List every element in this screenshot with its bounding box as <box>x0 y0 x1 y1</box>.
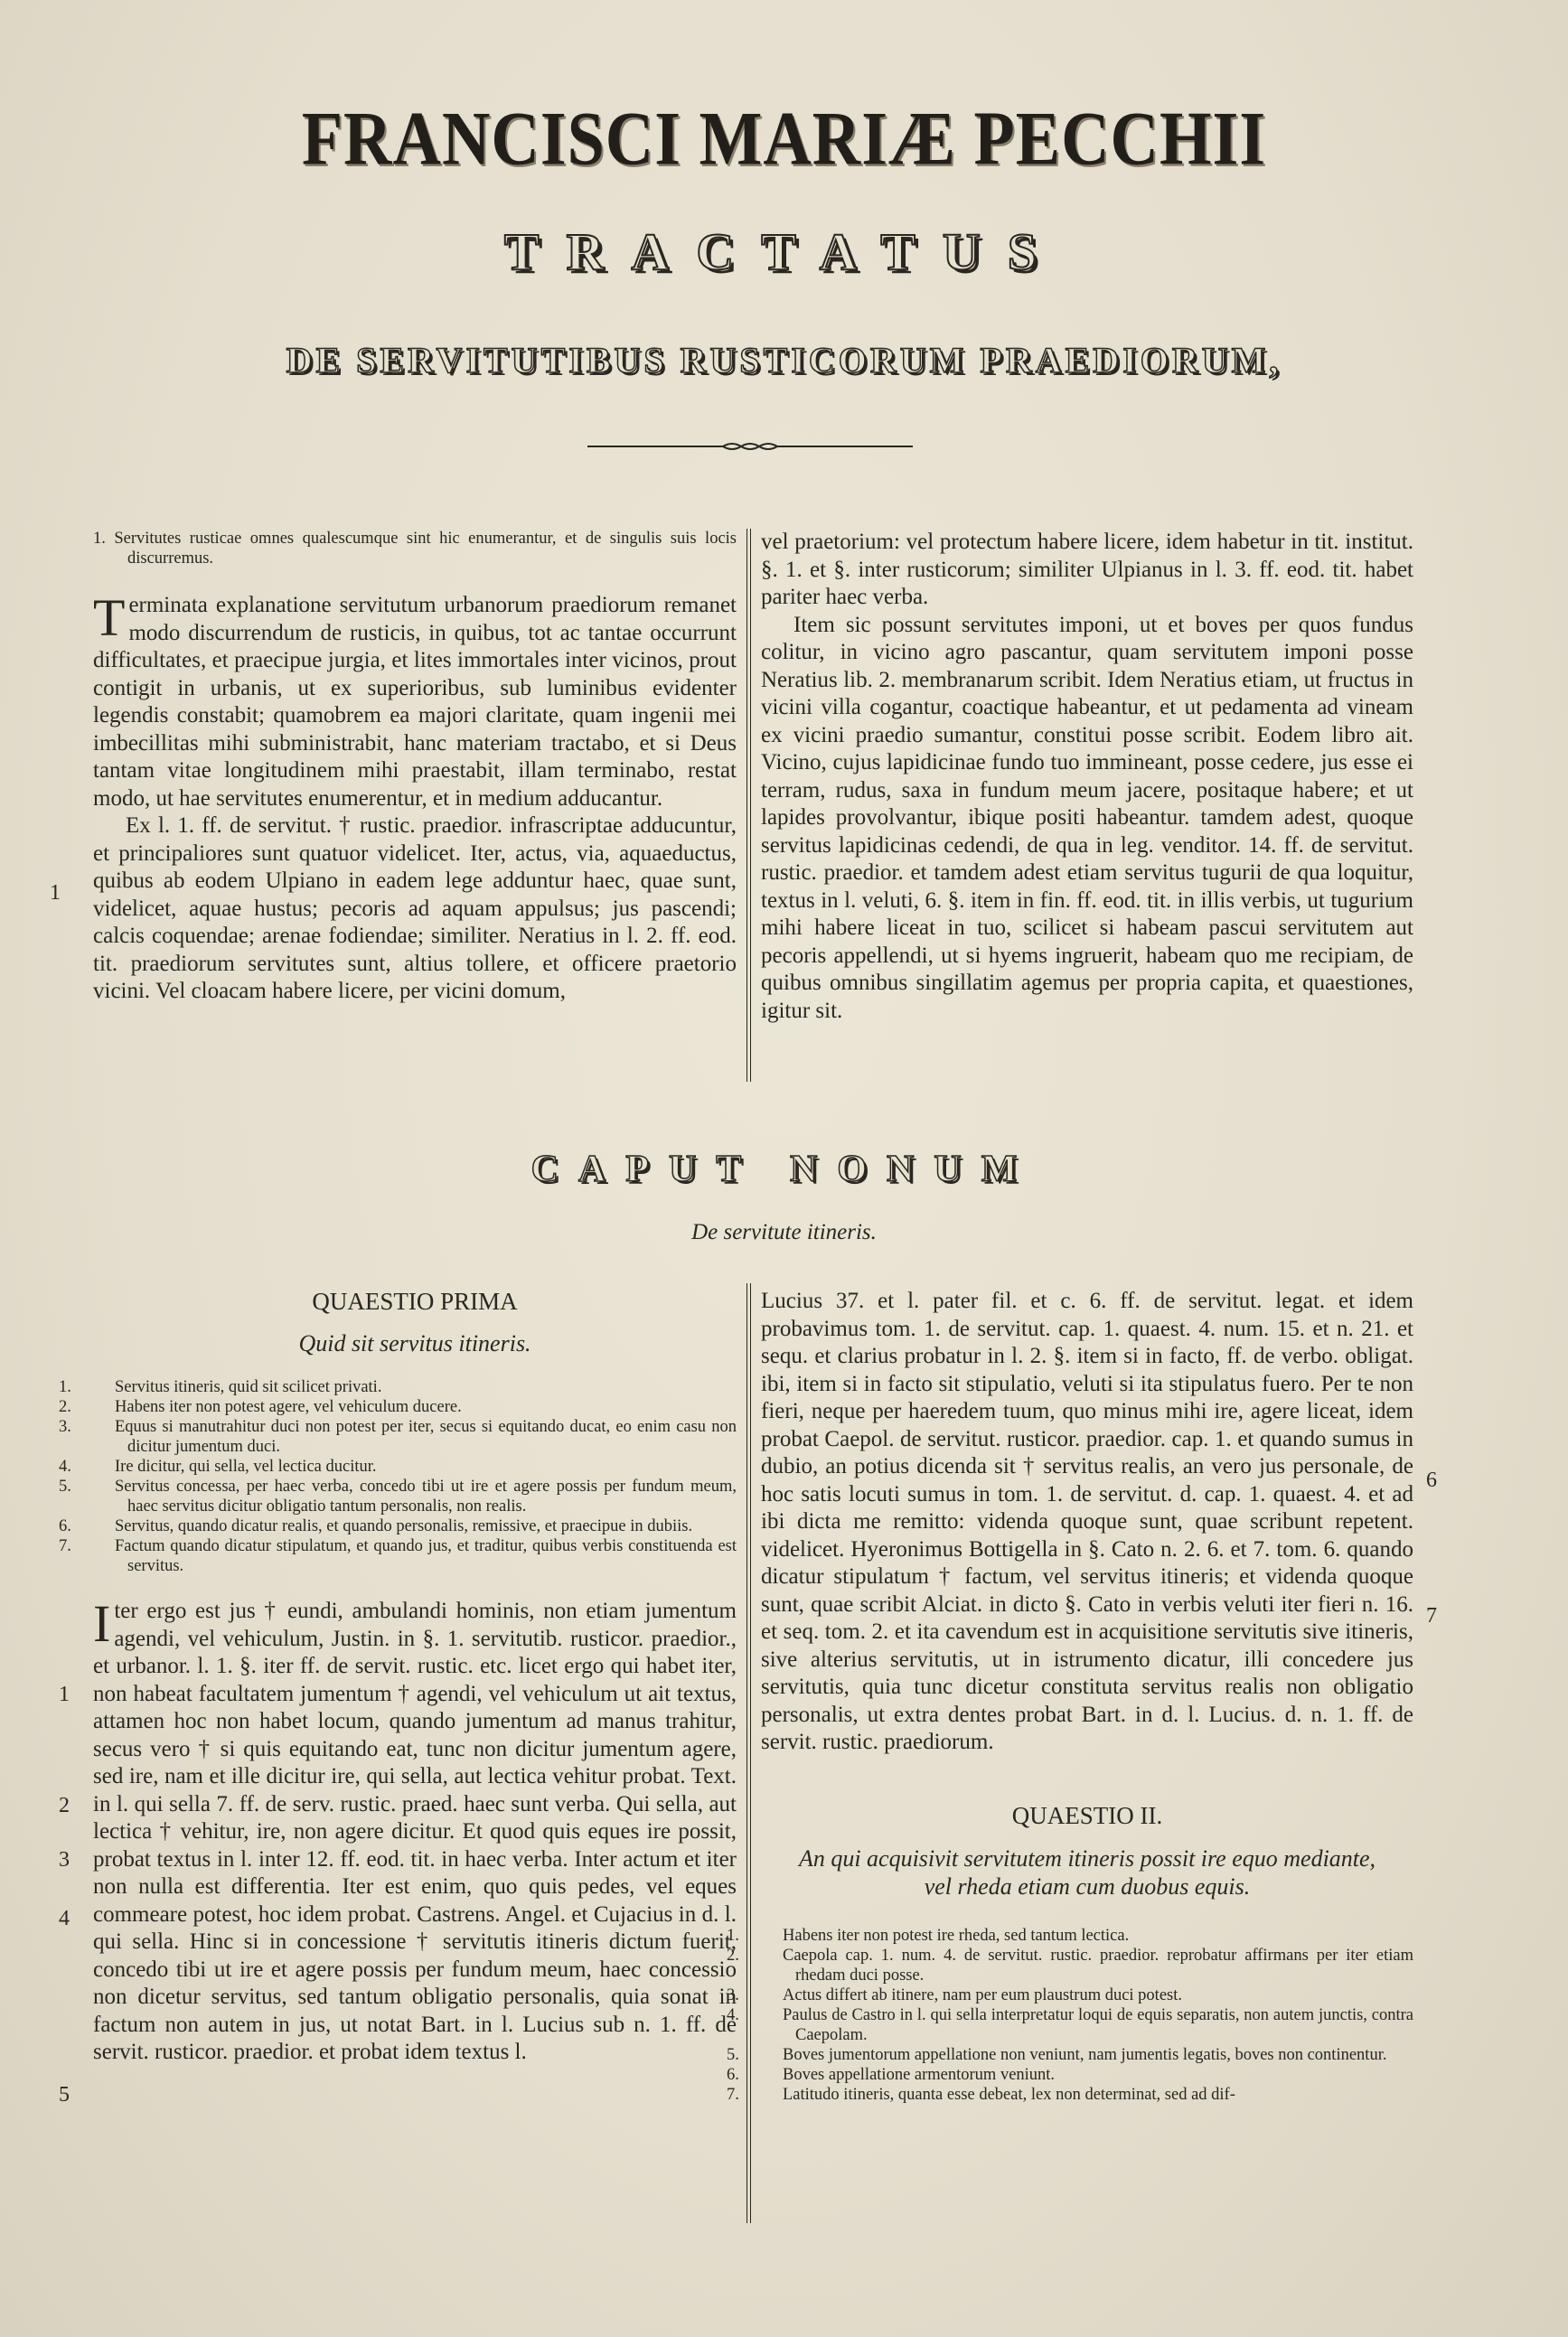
intro-right-column: vel praetorium: vel protectum habere lic… <box>761 529 1413 1025</box>
margin-number: 6 <box>1426 1469 1437 1493</box>
margin-number: 1 <box>59 1683 70 1707</box>
intro-paragraph-1: Terminata explanatione servitutum urbano… <box>93 592 737 812</box>
quaestio-prima-summary: 1.Servitus itineris, quid sit scilicet p… <box>93 1377 737 1576</box>
column-rule <box>746 529 751 1082</box>
work-title: TRACTATUS <box>0 221 1568 282</box>
summary-item: 4.Paulus de Castro in l. qui sella inter… <box>761 2005 1413 2045</box>
quaestio-ii-summary: 1.Habens iter non potest ire rheda, sed … <box>761 1926 1413 2105</box>
margin-number: 7 <box>1426 1604 1437 1628</box>
summary-item: 1.Habens iter non potest ire rheda, sed … <box>761 1926 1413 1946</box>
margin-number: 4 <box>59 1907 70 1931</box>
quaestio-prima-body-left: Iter ergo est jus † eundi, ambulandi hom… <box>93 1598 737 2067</box>
intro-summary-note: 1. Servitutes rusticae omnes qualescumqu… <box>93 529 737 568</box>
summary-item: 3.Equus si manutrahitur duci non potest … <box>93 1417 737 1457</box>
margin-number: 3 <box>59 1848 70 1872</box>
intro-paragraph-3: vel praetorium: vel protectum habere lic… <box>761 529 1413 612</box>
quaestio-prima-subheading: Quid sit servitus itineris. <box>93 1330 737 1358</box>
quaestio-prima-heading: QUAESTIO PRIMA <box>93 1288 737 1316</box>
intro-paragraph-2: Ex l. 1. ff. de servitut. † rustic. prae… <box>93 812 737 1006</box>
margin-number: 2 <box>59 1794 70 1818</box>
summary-item: 6.Boves appellatione armentorum veniunt. <box>761 2065 1413 2085</box>
margin-number: 5 <box>59 2083 70 2107</box>
subject-title: DE SERVITUTIBUS RUSTICORUM PRAEDIORUM, <box>0 339 1568 381</box>
summary-item: 7.Factum quando dicatur stipulatum, et q… <box>93 1536 737 1576</box>
summary-item: 6.Servitus, quando dicatur realis, et qu… <box>93 1516 737 1536</box>
summary-item: 5.Servitus concessa, per haec verba, con… <box>93 1477 737 1516</box>
ornament-divider-icon <box>587 441 913 452</box>
dropcap: T <box>93 596 125 641</box>
summary-item: 2.Caepola cap. 1. num. 4. de servitut. r… <box>761 1946 1413 1985</box>
summary-item: 2.Habens iter non potest agere, vel vehi… <box>93 1397 737 1417</box>
summary-item: 7.Latitudo itineris, quanta esse debeat,… <box>761 2085 1413 2105</box>
summary-item: 1.Servitus itineris, quid sit scilicet p… <box>93 1377 737 1397</box>
summary-item: 5.Boves jumentorum appellatione non veni… <box>761 2045 1413 2065</box>
margin-number: 1 <box>50 881 61 906</box>
quaestio-prima-right-column: Lucius 37. et l. pater fil. et c. 6. ff.… <box>761 1288 1413 2105</box>
dropcap: I <box>93 1601 110 1647</box>
quaestio-ii-subheading: An qui acquisivit servitutem itineris po… <box>797 1845 1377 1901</box>
summary-item: 3.Actus differt ab itinere, nam per eum … <box>761 1985 1413 2005</box>
quaestio-prima-body-right: Lucius 37. et l. pater fil. et c. 6. ff.… <box>761 1288 1413 1757</box>
column-rule <box>746 1283 751 2223</box>
intro-paragraph-4: Item sic possunt servitutes imponi, ut e… <box>761 612 1413 1026</box>
summary-item: 4.Ire dicitur, qui sella, vel lectica du… <box>93 1457 737 1477</box>
chapter-title: CAPUT NONUM <box>0 1148 1568 1191</box>
intro-left-column: 1. Servitutes rusticae omnes qualescumqu… <box>93 529 737 1006</box>
quaestio-prima-left-column: QUAESTIO PRIMA Quid sit servitus itineri… <box>93 1288 737 2067</box>
quaestio-ii-heading: QUAESTIO II. <box>761 1802 1413 1830</box>
author-title: FRANCISCI MARIÆ PECCHII <box>0 96 1568 184</box>
chapter-subtitle: De servitute itineris. <box>0 1220 1568 1245</box>
book-page: FRANCISCI MARIÆ PECCHII TRACTATUS DE SER… <box>0 0 1568 2337</box>
